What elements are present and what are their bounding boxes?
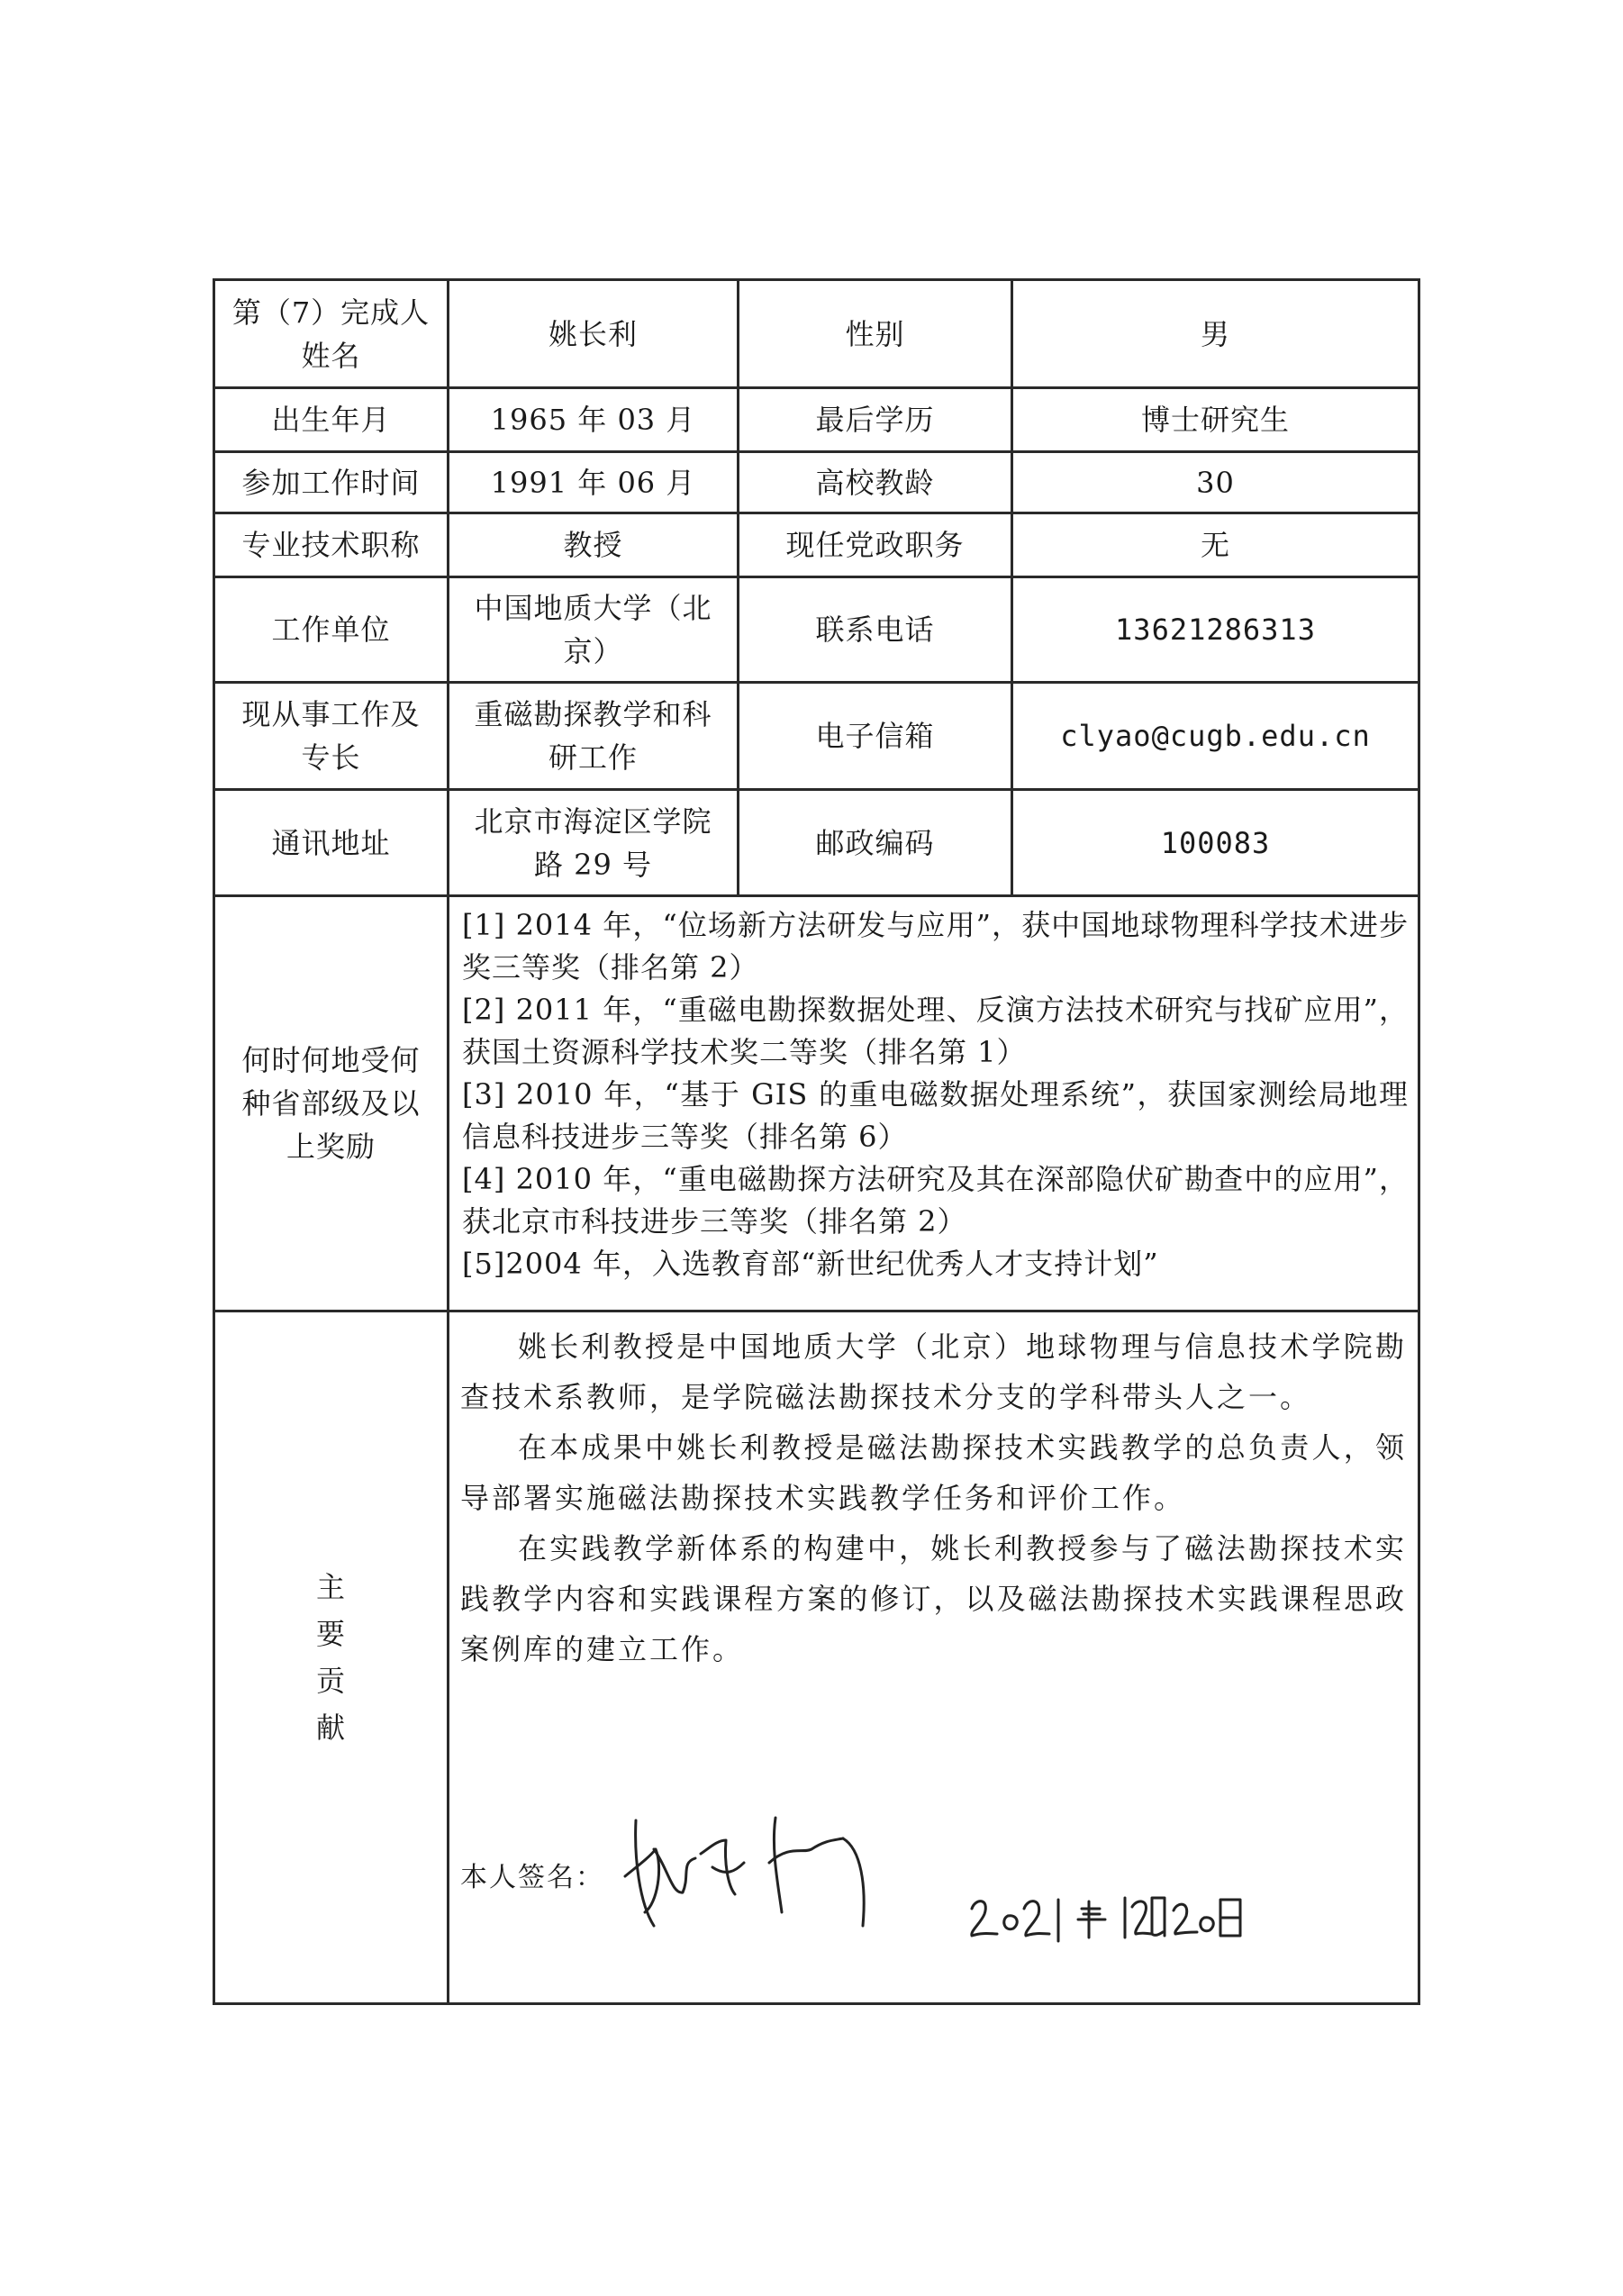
award-item: [2] 2011 年，“重磁电勘探数据处理、反演方法技术研究与找矿应用”，获国土… [462,989,1409,1074]
signature-block: 本人签名： [460,1813,1361,1939]
field-value-specialty: 重磁勘探教学和科研工作 [449,683,739,790]
award-item: [5]2004 年，入选教育部“新世纪优秀人才支持计划” [462,1243,1409,1285]
award-item: [3] 2010 年，“基于 GIS 的重电磁数据处理系统”，获国家测绘局地理信… [462,1074,1409,1158]
field-label-birth: 出生年月 [214,388,449,452]
field-label-education: 最后学历 [739,388,1012,452]
field-value-teaching-years: 30 [1012,452,1419,513]
contributions-body: 姚长利教授是中国地质大学（北京）地球物理与信息技术学院勘查技术系教师，是学院磁法… [449,1311,1419,2004]
form-row: 参加工作时间 1991 年 06 月 高校教龄 30 [214,452,1419,513]
field-value-phone: 13621286313 [1012,577,1419,683]
field-label-phone: 联系电话 [739,577,1012,683]
field-label-name: 第（7）完成人姓名 [214,280,449,388]
contribution-paragraph: 在本成果中姚长利教授是磁法勘探技术实践教学的总负责人，领导部署实施磁法勘探技术实… [460,1422,1407,1523]
field-label-address: 通讯地址 [214,790,449,896]
field-value-work-start: 1991 年 06 月 [449,452,739,513]
personal-info-form: 第（7）完成人姓名 姚长利 性别 男 出生年月 1965 年 03 月 最后学历… [213,278,1420,2005]
field-label-teaching-years: 高校教龄 [739,452,1012,513]
document-page: 第（7）完成人姓名 姚长利 性别 男 出生年月 1965 年 03 月 最后学历… [0,0,1623,2296]
field-value-title: 教授 [449,513,739,577]
form-row: 工作单位 中国地质大学（北京） 联系电话 13621286313 [214,577,1419,683]
awards-list: [1] 2014 年，“位场新方法研发与应用”，获中国地球物理科学技术进步奖三等… [449,896,1419,1311]
field-label-email: 电子信箱 [739,683,1012,790]
form-row: 出生年月 1965 年 03 月 最后学历 博士研究生 [214,388,1419,452]
field-label-specialty: 现从事工作及专长 [214,683,449,790]
field-label-party-post: 现任党政职务 [739,513,1012,577]
form-row: 通讯地址 北京市海淀区学院路 29 号 邮政编码 100083 [214,790,1419,896]
form-row: 现从事工作及专长 重磁勘探教学和科研工作 电子信箱 clyao@cugb.edu… [214,683,1419,790]
field-value-birth: 1965 年 03 月 [449,388,739,452]
contribution-paragraph: 在实践教学新体系的构建中，姚长利教授参与了磁法勘探技术实践教学内容和实践课程方案… [460,1523,1407,1674]
field-value-address: 北京市海淀区学院路 29 号 [449,790,739,896]
awards-label: 何时何地受何种省部级及以上奖励 [214,896,449,1311]
field-label-title: 专业技术职称 [214,513,449,577]
field-value-education: 博士研究生 [1012,388,1419,452]
handwritten-signature-icon [618,1813,942,1939]
field-value-gender: 男 [1012,280,1419,388]
contributions-label-cell: 主要贡献 [214,1311,449,2004]
field-label-employer: 工作单位 [214,577,449,683]
field-label-work-start: 参加工作时间 [214,452,449,513]
form-row-contributions: 主要贡献 姚长利教授是中国地质大学（北京）地球物理与信息技术学院勘查技术系教师，… [214,1311,1419,2004]
contributions-label: 主要贡献 [313,1564,349,1751]
field-value-name: 姚长利 [449,280,739,388]
contribution-paragraph: 姚长利教授是中国地质大学（北京）地球物理与信息技术学院勘查技术系教师，是学院磁法… [460,1321,1407,1422]
signature-label: 本人签名： [460,1856,604,1900]
field-value-email: clyao@cugb.edu.cn [1012,683,1419,790]
field-label-postcode: 邮政编码 [739,790,1012,896]
field-value-postcode: 100083 [1012,790,1419,896]
field-value-employer: 中国地质大学（北京） [449,577,739,683]
form-row: 专业技术职称 教授 现任党政职务 无 [214,513,1419,577]
award-item: [4] 2010 年，“重电磁勘探方法研究及其在深部隐伏矿勘查中的应用”，获北京… [462,1158,1409,1243]
field-value-party-post: 无 [1012,513,1419,577]
form-row-awards: 何时何地受何种省部级及以上奖励 [1] 2014 年，“位场新方法研发与应用”，… [214,896,1419,1311]
handwritten-date-icon [965,1882,1253,1945]
field-label-gender: 性别 [739,280,1012,388]
award-item: [1] 2014 年，“位场新方法研发与应用”，获中国地球物理科学技术进步奖三等… [462,904,1409,989]
form-row: 第（7）完成人姓名 姚长利 性别 男 [214,280,1419,388]
